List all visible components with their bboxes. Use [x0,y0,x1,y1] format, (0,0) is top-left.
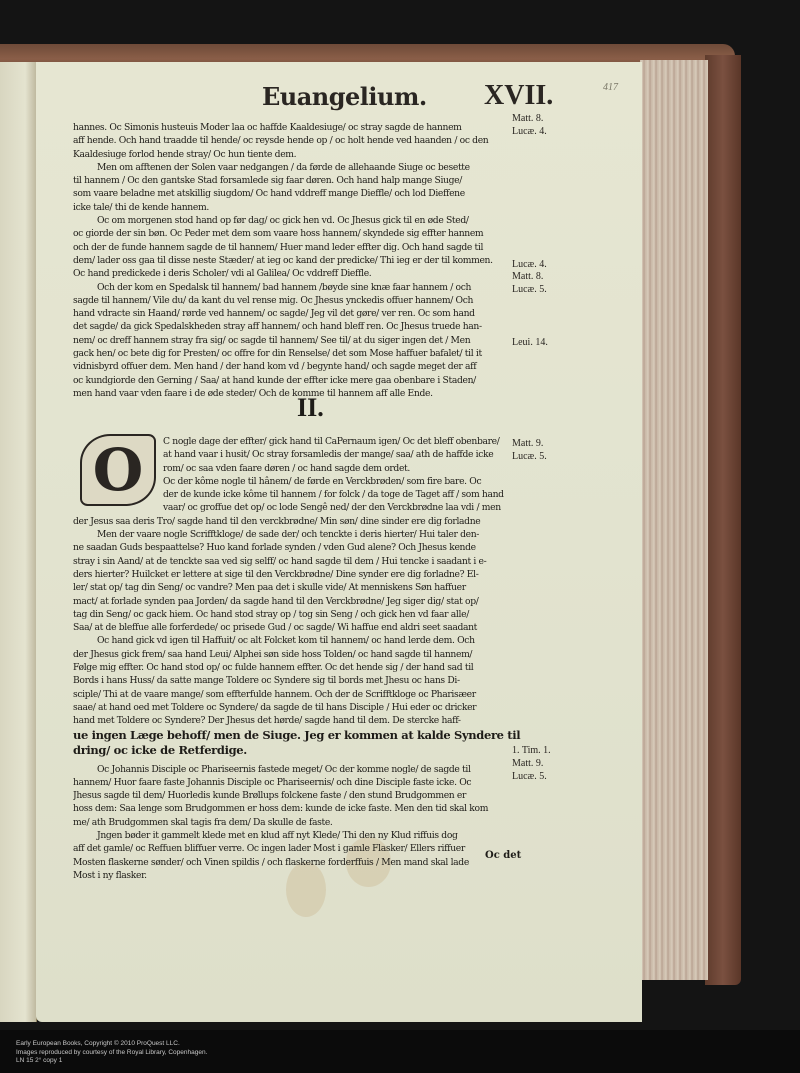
margin-reference: Lucæ. 5. [512,283,547,296]
text-line: hoss dem: Saa lenge som Brudgommen er ho… [73,802,523,815]
text-line: Bords i hans Huss/ da satte mange Tolder… [73,674,523,687]
running-title: Euangelium. [262,82,427,111]
text-line: me/ ath Brudgommen skal tagis fra dem/ D… [73,816,523,829]
text-line: hannes. Oc Simonis husteuis Moder laa oc… [73,121,523,134]
text-line: der Jesus saa deris Tro/ sagde hand til … [73,515,523,528]
text-line: sagde til hannem/ Vile du/ da kant du ve… [73,294,523,307]
margin-reference: Matt. 9. [512,437,543,450]
margin-reference: Lucæ. 5. [512,770,547,783]
text-line: tag din Seng/ oc gack hiem. Oc hand stod… [73,608,523,621]
text-line: C nogle dage der effter/ gick hand til C… [73,435,523,448]
credit-line-1: Early European Books, Copyright © 2010 P… [16,1040,207,1049]
text-line: mact/ at forlade synden paa Jorden/ da s… [73,595,523,608]
text-line: Och der kom en Spedalsk til hannem/ bad … [73,281,523,294]
text-line: Følge mig effter. Oc hand stod op/ oc fu… [73,661,523,674]
margin-reference: Matt. 8. [512,112,543,125]
credit-line-3: LN 15 2° copy 1 [16,1057,207,1066]
text-line: Oc Johannis Disciple oc Phariseernis fas… [73,763,523,776]
text-line: som vaare beladne met atskillig siugdom/… [73,187,523,200]
text-line: Oc hand gick vd igen til Haffuit/ oc alt… [73,634,523,647]
text-line: det sagde/ da gick Spedalskheden stray a… [73,320,523,333]
left-page-edge [0,62,37,1022]
text-line: aff det gamle/ oc Reffuen bliffuer verre… [73,842,523,855]
text-line: Oc der kôme nogle til hânem/ de førde en… [73,475,523,488]
text-line: icke tale/ thi de kende hannem. [73,201,523,214]
text-line: sciple/ Thi at de vaare mange/ som effte… [73,688,523,701]
text-line: rom/ oc saa vden faare døren / oc hand s… [73,462,523,475]
text-line: til hannem / Oc den gantske Stad forsaml… [73,174,523,187]
text-line: dem/ lader oss gaa til disse neste Stæde… [73,254,523,267]
text-line: aff hende. Och hand traadde til hende/ o… [73,134,523,147]
text-line: Mosten flaskerne sønder/ och Vinen spild… [73,856,523,869]
margin-reference: Matt. 8. [512,270,543,283]
text-line: der de kunde icke kôme til hannem / for … [73,488,523,501]
text-line: ders hierter? Huilcket er lettere at sig… [73,568,523,581]
text-line: ne saadan Guds bespaattelse? Huo kand fo… [73,541,523,554]
text-line: hand vdracte sin Haand/ rørde ved hannem… [73,307,523,320]
text-line: Jhesus sagde til dem/ Huorledis kunde Br… [73,789,523,802]
text-line: Saa/ at de bleffue alle forferdede/ oc p… [73,621,523,634]
text-line: vaar/ oc groffue det op/ oc lode Sengê n… [73,501,523,514]
catchword: Oc det [485,850,521,861]
text-line: hand met Toldere oc Syndere? Der Jhesus … [73,714,523,727]
copyright-credits: Early European Books, Copyright © 2010 P… [16,1040,207,1066]
margin-reference: Lucæ. 4. [512,125,547,138]
text-line: vidnisbyrd offuer dem. Men hand / der ha… [73,360,523,373]
manuscript-folio-number: 417 [603,82,618,93]
text-line: Most i ny flasker. [73,869,523,882]
chapter-number: II. [297,393,324,423]
margin-reference: Lucæ. 5. [512,450,547,463]
text-line: gack hen/ oc bete dig for Presten/ oc of… [73,347,523,360]
text-line: saae/ at hand oed met Toldere oc Syndere… [73,701,523,714]
text-line: hannem/ Huor faare faste Johannis Discip… [73,776,523,789]
page-fore-edge [640,60,708,980]
margin-reference: 1. Tim. 1. [512,744,551,757]
text-line: ler/ stat op/ tag din Seng/ oc vandre? M… [73,581,523,594]
text-line: at hand vaar i husit/ Oc stray forsamled… [73,448,523,461]
text-line: Oc hand predickede i deris Scholer/ vdi … [73,267,523,280]
emphasized-text-line: ue ingen Læge behoff/ men de Siuge. Jeg … [73,728,523,744]
text-line: Kaaldesiuge forlod hende stray/ Oc hun t… [73,148,523,161]
book-cover-right-edge [705,55,741,985]
text-line: och der de funde hannem sagde de til han… [73,241,523,254]
text-line: Jngen bøder it gammelt klede met en klud… [73,829,523,842]
credit-line-2: Images reproduced by courtesy of the Roy… [16,1049,207,1058]
folio-number: XVII. [484,80,553,112]
text-line: oc kundgiorde den Gerning / Saa/ at hand… [73,374,523,387]
text-line: Men der vaare nogle Scrifftkloge/ de sad… [73,528,523,541]
text-line: Men om afftenen der Solen vaar nedgangen… [73,161,523,174]
text-section-1: hannes. Oc Simonis husteuis Moder laa oc… [73,121,523,400]
text-line: der Jhesus gick frem/ saa hand Leui/ Alp… [73,648,523,661]
text-line: Oc om morgenen stod hand op før dag/ oc … [73,214,523,227]
text-line: stray i sin Aand/ at de tenckte saa ved … [73,555,523,568]
text-line: oc giorde der sin bøn. Oc Peder met dem … [73,227,523,240]
text-section-2: C nogle dage der effter/ gick hand til C… [73,435,523,882]
emphasized-text-line: dring/ oc icke de Retferdige. [73,743,523,759]
margin-reference: Leui. 14. [512,336,548,349]
text-line: nem/ oc dreff hannem stray fra sig/ oc s… [73,334,523,347]
margin-reference: Matt. 9. [512,757,543,770]
